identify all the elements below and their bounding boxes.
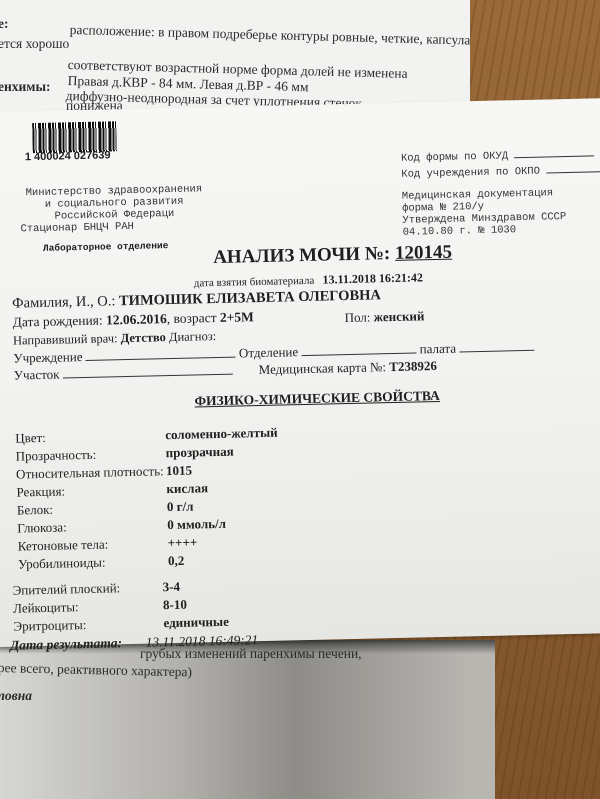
result-value: 0 ммоль/л: [167, 516, 226, 532]
section-title: ФИЗИКО-ХИМИЧЕСКИЕ СВОЙСТВА: [194, 388, 440, 410]
department-field-label: Отделение: [239, 344, 299, 360]
result-value: 3-4: [163, 579, 181, 594]
result-value: 8-10: [163, 597, 187, 613]
back-label: е:: [0, 16, 9, 32]
patient-name: ТИМОШИК ЕЛИЗАВЕТА ОЛЕГОВНА: [119, 287, 381, 309]
result-label: Кетоновые тела:: [18, 535, 168, 554]
back-label: енхимы:: [0, 79, 51, 95]
institution-field: [86, 346, 236, 361]
med-card-label: Медицинская карта №:: [258, 359, 386, 377]
sample-date-label: дата взятия биоматериала: [194, 275, 315, 290]
back-text-line: рее всего, реактивного характера): [0, 660, 192, 680]
result-value: ++++: [168, 534, 198, 550]
department-label: Лабораторное отделение: [43, 240, 169, 254]
ward-field: [459, 339, 534, 353]
result-value: единичные: [163, 614, 229, 630]
diagnosis-label: Диагноз:: [169, 329, 217, 344]
back-sheet-bottom: грубых изменений паренхимы печени, рее в…: [0, 640, 495, 799]
result-value: 0 г/л: [167, 499, 194, 515]
result-label: Относительная плотность:: [16, 463, 166, 482]
back-text-line: ется хорошо: [0, 36, 69, 52]
dob-value: 12.06.2016: [106, 311, 167, 327]
result-label: Прозрачность:: [16, 445, 166, 464]
sample-date-value: 13.11.2018 16:21:42: [322, 270, 423, 286]
doctor-value: Детство: [120, 330, 166, 345]
result-label: Уробилиноиды:: [18, 553, 168, 572]
result-label: Эритроциты:: [13, 615, 163, 634]
result-date-value: 13.11.2018 16:49:21: [145, 632, 258, 650]
patient-name-row: Фамилия, И., О.: ТИМОШИК ЕЛИЗАВЕТА ОЛЕГО…: [12, 287, 381, 312]
form-codes: Код формы по ОКУД Код учреждения по ОКПО…: [401, 144, 600, 239]
result-value: 0,2: [168, 553, 185, 568]
result-label: Глюкоза:: [17, 517, 167, 536]
analysis-number: 120145: [395, 242, 452, 264]
urine-analysis-form: 1 400024 027639 Министерство здравоохран…: [0, 98, 600, 647]
okud-field: [514, 144, 594, 158]
page-title: АНАЛИЗ МОЧИ №: 120145: [213, 242, 452, 269]
result-row: Уробилиноиды:0,2: [18, 552, 185, 574]
result-value: соломенно-желтый: [165, 425, 278, 443]
result-label: Белок:: [17, 499, 167, 518]
dob-row: Дата рождения: 12.06.2016, возраст 2+5М: [12, 309, 254, 330]
result-value: 1015: [166, 463, 192, 479]
okpo-field: [546, 160, 600, 174]
result-row: Эритроциты:единичные: [13, 613, 229, 636]
result-value: прозрачная: [165, 444, 233, 461]
district-field: [63, 363, 233, 379]
barcode-number: 1 400024 027639: [25, 149, 111, 163]
ministry-header: Министерство здравоохранения и социально…: [26, 183, 203, 235]
department-field: [301, 341, 416, 356]
result-value: кислая: [166, 480, 208, 496]
institution-label: Учреждение: [13, 349, 82, 366]
patient-label: Фамилия, И., О.:: [12, 293, 116, 311]
doctor-row: Направивший врач: Детство Диагноз:: [13, 329, 216, 349]
ward-label: палата: [419, 341, 456, 357]
dob-label: Дата рождения:: [12, 313, 102, 330]
med-card-value: Т238926: [389, 358, 437, 374]
age-value: 2+5М: [220, 309, 254, 325]
title-prefix: АНАЛИЗ МОЧИ №:: [213, 243, 391, 268]
sex-row: Пол: женский: [344, 308, 424, 326]
result-label: Лейкоциты:: [13, 597, 163, 616]
sex-label: Пол:: [344, 310, 370, 326]
age-label: , возраст: [167, 310, 217, 326]
doctor-label: Направивший врач:: [13, 331, 118, 347]
sample-date: дата взятия биоматериала 13.11.2018 16:2…: [194, 270, 423, 290]
back-text-line: расположение: в правом подреберье контур…: [70, 22, 471, 48]
back-text-line: ловна: [0, 688, 32, 704]
barcode: [32, 121, 117, 153]
district-label: Участок: [14, 367, 60, 383]
result-date-label: Дата результата:: [10, 635, 122, 653]
sex-value: женский: [374, 308, 425, 324]
